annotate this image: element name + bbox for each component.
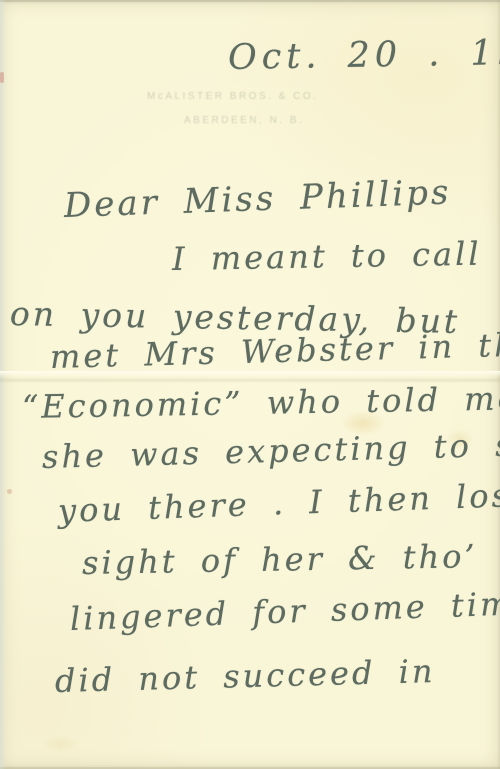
paper-stain bbox=[40, 735, 80, 753]
letter-line: I meant to call bbox=[172, 235, 482, 278]
letter-page: Oct. 20 . 1907 McALISTER BROS. & CO. ABE… bbox=[0, 0, 500, 769]
letterhead-line-1: McALISTER BROS. & CO. bbox=[147, 91, 318, 102]
paper-speck bbox=[7, 489, 12, 494]
date-line: Oct. 20 . 1907 bbox=[228, 32, 500, 78]
scan-edge-left bbox=[0, 0, 6, 769]
letter-line: she was expecting to see bbox=[42, 424, 500, 476]
letter-line: did not succeed in bbox=[55, 652, 436, 700]
letter-line: “Economic” who told me bbox=[22, 379, 500, 426]
paper-speck bbox=[0, 72, 4, 83]
letter-line: you there . I then lost- bbox=[57, 475, 500, 530]
letter-line: lingered for some time bbox=[69, 584, 500, 638]
letter-line-salutation: Dear Miss Phillips bbox=[63, 172, 452, 226]
letterhead-line-2: ABERDEEN, N. B. bbox=[184, 115, 304, 126]
scan-edge-top bbox=[0, 0, 500, 2]
letter-line: sight of her & tho’ I bbox=[82, 536, 500, 582]
